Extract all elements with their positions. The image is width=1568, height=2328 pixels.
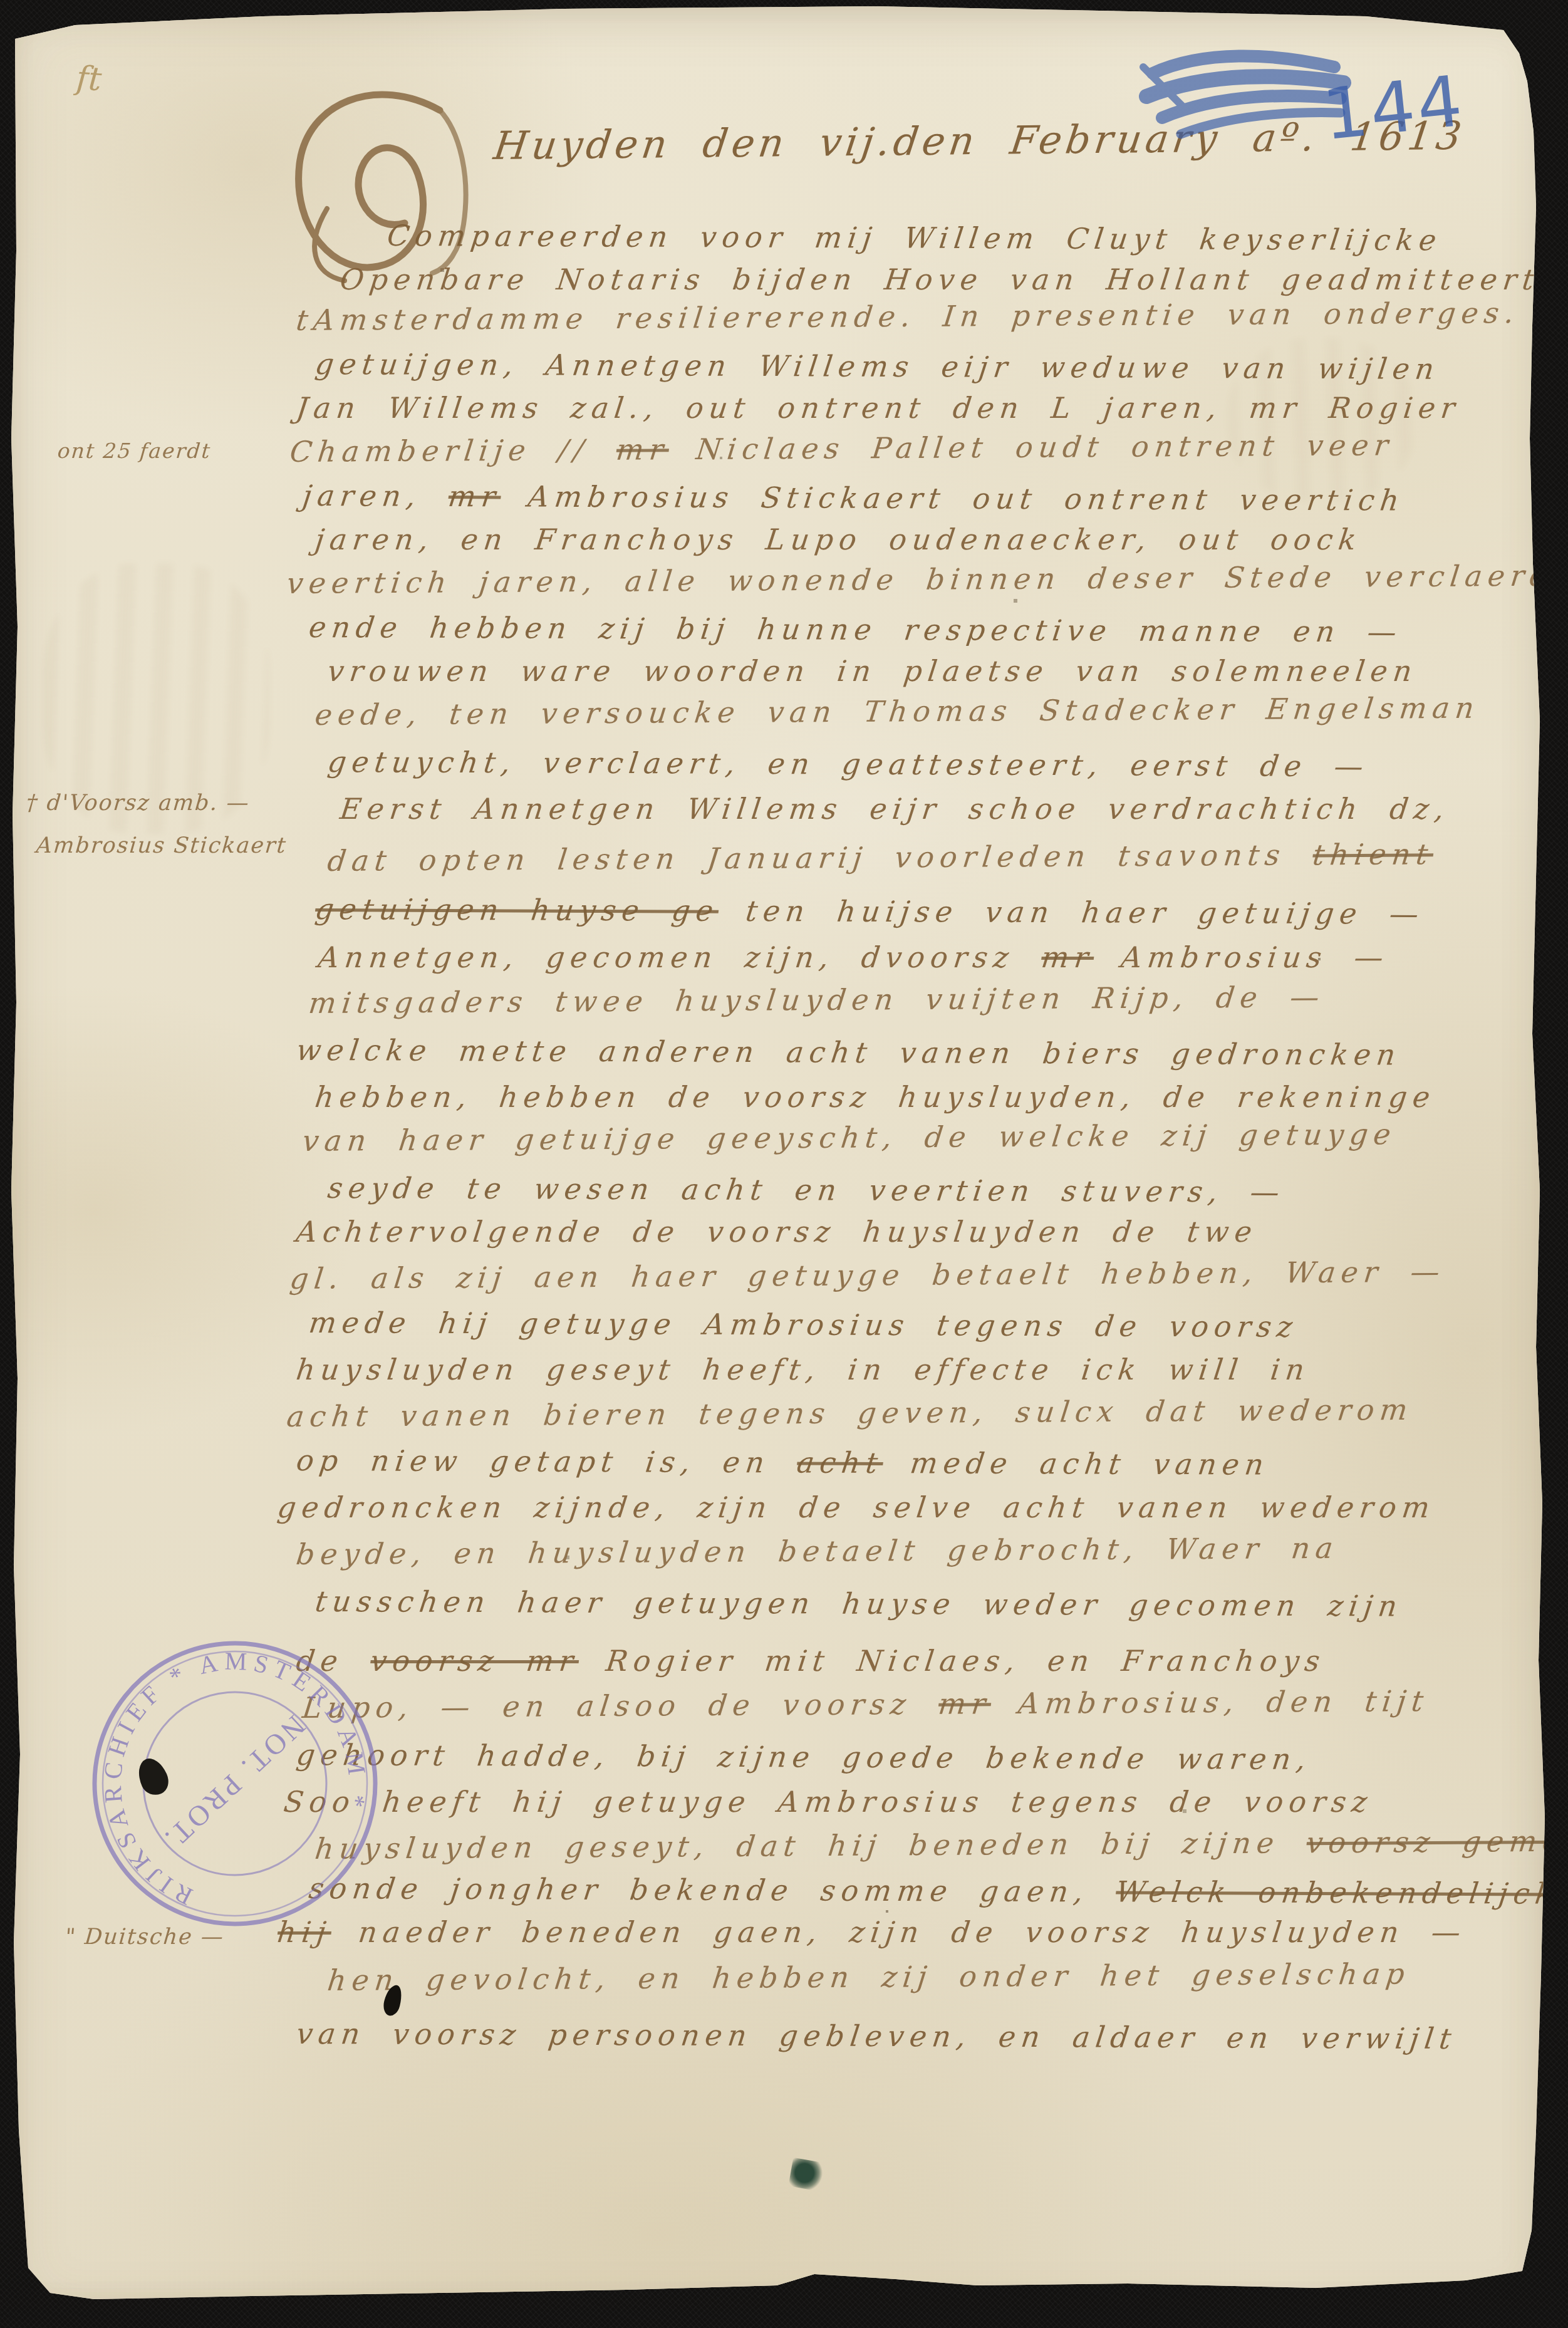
struck-text-segment: mr <box>937 1686 993 1721</box>
text-line: jaren, en Franchoys Lupo oudenaecker, ou… <box>313 522 1364 556</box>
text-line: tAmsterdamme resiliererende. In presenti… <box>294 296 1522 337</box>
text-line: Achtervolgende de voorsz huysluyden de t… <box>294 1215 1260 1249</box>
text-line: de voorsz mr Rogier mit Niclaes, en Fran… <box>294 1644 1327 1678</box>
text-segment: dat opten lesten Januarij voorleden tsav… <box>326 838 1315 878</box>
text-line: getuijgen, Annetgen Willems eijr weduwe … <box>313 347 1441 386</box>
struck-text-segment: mr <box>447 479 503 513</box>
text-segment: gehoort hadde, bij zijne goede bekende w… <box>294 1738 1313 1776</box>
text-segment: gedroncken zijnde, zijn de selve acht va… <box>276 1490 1437 1524</box>
text-segment: Achtervolgende de voorsz huysluyden de t… <box>294 1215 1260 1249</box>
text-line: op niew getapt is, en acht mede acht van… <box>294 1443 1271 1482</box>
struck-text-segment: mr <box>615 432 671 467</box>
manuscript-page: ft Huyden den vij.den February aº. 1613 … <box>0 0 1568 2328</box>
opening-flourish-glyph <box>283 80 509 287</box>
text-segment: gl. als zij aen haer getuyge betaelt heb… <box>288 1255 1447 1296</box>
text-segment: getuijgen, Annetgen Willems eijr weduwe … <box>313 347 1441 386</box>
text-line: acht vanen bieren tegens geven, sulcx da… <box>285 1393 1415 1433</box>
text-segment: Ambrosius Stickaert out ontrent veertich <box>499 479 1406 517</box>
text-segment: sonde jongher bekende somme gaen, <box>307 1871 1118 1909</box>
text-segment: tAmsterdamme resiliererende. In presenti… <box>294 296 1522 337</box>
struck-text-segment: Welck onbekendelijcke <box>1114 1875 1568 1911</box>
text-line: ende hebben zij bij hunne respective man… <box>307 610 1404 649</box>
margin-note: " Duitsche — <box>64 1925 226 1950</box>
text-line: Openbare Notaris bijden Hove van Hollant… <box>338 262 1542 296</box>
text-segment: Jan Willems zal., out ontrent den L jare… <box>294 391 1463 425</box>
text-line: dat opten lesten Januarij voorleden tsav… <box>326 837 1435 878</box>
stamp-center-text: NOT. PROT. <box>157 1709 312 1856</box>
text-line: getuycht, verclaert, en geattesteert, ee… <box>326 745 1371 783</box>
text-segment: welcke mette anderen acht vanen biers ge… <box>294 1033 1403 1072</box>
text-segment: mede acht vanen <box>881 1446 1271 1482</box>
text-segment: Eerst Annetgen Willems eijr schoe verdra… <box>338 792 1451 826</box>
text-line: Chamberlije // mr Niclaes Pallet oudt on… <box>288 428 1396 469</box>
text-line: sonde jongher bekende somme gaen, Welck … <box>307 1871 1568 1911</box>
text-segment: mede hij getuyge Ambrosius tegens de voo… <box>307 1306 1300 1344</box>
green-ink-blot <box>788 2158 825 2191</box>
text-line: tusschen haer getuygen huyse weder gecom… <box>313 1584 1404 1623</box>
text-line: huysluyden geseyt heeft, in effecte ick … <box>294 1353 1312 1386</box>
text-line: veertich jaren, alle wonende binnen dese… <box>285 558 1568 600</box>
page-number: 144 <box>1319 61 1468 157</box>
margin-note: † d'Voorsz amb. — <box>25 791 251 816</box>
text-segment: Soo heeft hij getuyge Ambrosius tegens d… <box>282 1785 1375 1819</box>
text-line: van haer getuijge geeyscht, de welcke zi… <box>301 1117 1398 1158</box>
text-segment: Ambrosius, den tijt <box>989 1684 1431 1720</box>
margin-note: Ambrosius Stickaert <box>35 833 288 858</box>
struck-text-segment: voorsz mr <box>368 1644 581 1678</box>
paper-specks <box>0 0 1 1</box>
text-segment: beyde, en huysluyden betaelt gebrocht, W… <box>294 1531 1341 1571</box>
text-segment: seyde te wesen acht en veertien stuvers,… <box>326 1171 1287 1209</box>
text-segment: mitsgaders twee huysluyden vuijten Rijp,… <box>307 980 1327 1020</box>
text-line: Jan Willems zal., out ontrent den L jare… <box>294 391 1463 425</box>
text-segment: getuycht, verclaert, en geattesteert, ee… <box>326 745 1371 783</box>
text-line: hij naeder beneden gaen, zijn de voorsz … <box>276 1915 1468 1949</box>
text-line: Eerst Annetgen Willems eijr schoe verdra… <box>338 792 1451 826</box>
text-line: jaren, mr Ambrosius Stickaert out ontren… <box>301 479 1406 517</box>
text-segment: naeder beneden gaen, zijn de voorsz huys… <box>330 1915 1468 1949</box>
text-segment: acht vanen bieren tegens geven, sulcx da… <box>285 1393 1415 1433</box>
text-line: gl. als zij aen haer getuyge betaelt heb… <box>288 1255 1447 1296</box>
text-line: Soo heeft hij getuyge Ambrosius tegens d… <box>282 1785 1375 1819</box>
text-segment: Compareerden voor mij Willem Cluyt keyse… <box>385 219 1444 257</box>
text-segment: eede, ten versoucke van Thomas Stadecker… <box>313 691 1482 732</box>
text-line: beyde, en huysluyden betaelt gebrocht, W… <box>294 1531 1341 1571</box>
text-segment: Ambrosius — <box>1092 940 1391 974</box>
text-segment: Annetgen, gecomen zijn, dvoorsz <box>316 940 1044 974</box>
text-line: hen gevolcht, en hebben zij onder het ge… <box>326 1956 1412 1997</box>
text-segment: ende hebben zij bij hunne respective man… <box>307 610 1404 649</box>
text-segment: ten huijse van haer getuijge — <box>717 894 1426 931</box>
archival-scan: ft Huyden den vij.den February aº. 1613 … <box>0 0 1568 2328</box>
text-segment: vrouwen ware woorden in plaetse van sole… <box>326 654 1420 688</box>
text-line: huysluyden geseyt, dat hij beneden bij z… <box>313 1824 1568 1866</box>
text-line: van voorsz persoonen gebleven, en aldaer… <box>294 2017 1459 2055</box>
text-segment: huysluyden geseyt, dat hij beneden bij z… <box>313 1826 1309 1866</box>
text-line: gedroncken zijnde, zijn de selve acht va… <box>276 1490 1437 1524</box>
text-line: gehoort hadde, bij zijne goede bekende w… <box>294 1738 1313 1776</box>
text-line: getuijgen huyse ge ten huijse van haer g… <box>313 892 1426 931</box>
text-line: Lupo, — en alsoo de voorsz mr Ambrosius,… <box>301 1684 1431 1725</box>
text-line: seyde te wesen acht en veertien stuvers,… <box>326 1171 1287 1209</box>
struck-text-segment: acht <box>795 1445 885 1480</box>
text-segment: Rogier mit Niclaes, en Franchoys <box>577 1644 1327 1678</box>
text-line: vrouwen ware woorden in plaetse van sole… <box>326 654 1420 688</box>
text-segment: hen gevolcht, en hebben zij onder het ge… <box>326 1956 1412 1997</box>
struck-text-segment: mr <box>1039 940 1096 974</box>
struck-text-segment: getuijgen huyse ge <box>313 892 721 928</box>
text-segment: van voorsz persoonen gebleven, en aldaer… <box>294 2017 1459 2055</box>
text-segment: Chamberlije // <box>288 433 618 469</box>
text-line: Compareerden voor mij Willem Cluyt keyse… <box>385 219 1444 257</box>
text-line: eede, ten versoucke van Thomas Stadecker… <box>313 691 1482 732</box>
text-segment: Niclaes Pallet oudt ontrent veer <box>667 428 1396 466</box>
text-segment: jaren, <box>301 479 451 513</box>
text-segment: tusschen haer getuygen huyse weder gecom… <box>313 1584 1404 1623</box>
struck-text-segment: thient <box>1311 837 1436 871</box>
text-line: hebben, hebben de voorsz huysluyden, de … <box>313 1080 1438 1114</box>
text-segment: huysluyden geseyt heeft, in effecte ick … <box>294 1353 1312 1386</box>
text-segment: veertich jaren, alle wonende binnen dese… <box>285 558 1568 600</box>
text-line: mitsgaders twee huysluyden vuijten Rijp,… <box>307 980 1327 1020</box>
text-segment: hebben, hebben de voorsz huysluyden, de … <box>313 1080 1438 1114</box>
margin-note: ont 25 faerdt <box>56 439 212 463</box>
struck-text-segment: voorsz gemene <box>1305 1824 1568 1859</box>
text-segment: van haer getuijge geeyscht, de welcke zi… <box>301 1117 1398 1158</box>
text-line: Annetgen, gecomen zijn, dvoorsz mr Ambro… <box>316 940 1391 974</box>
text-line: mede hij getuyge Ambrosius tegens de voo… <box>307 1306 1300 1344</box>
text-line: welcke mette anderen acht vanen biers ge… <box>294 1033 1403 1072</box>
text-segment: jaren, en Franchoys Lupo oudenaecker, ou… <box>313 522 1364 556</box>
text-segment: Openbare Notaris bijden Hove van Hollant… <box>338 262 1542 296</box>
text-segment: op niew getapt is, en <box>294 1443 799 1479</box>
folio-mark: ft <box>75 60 103 99</box>
